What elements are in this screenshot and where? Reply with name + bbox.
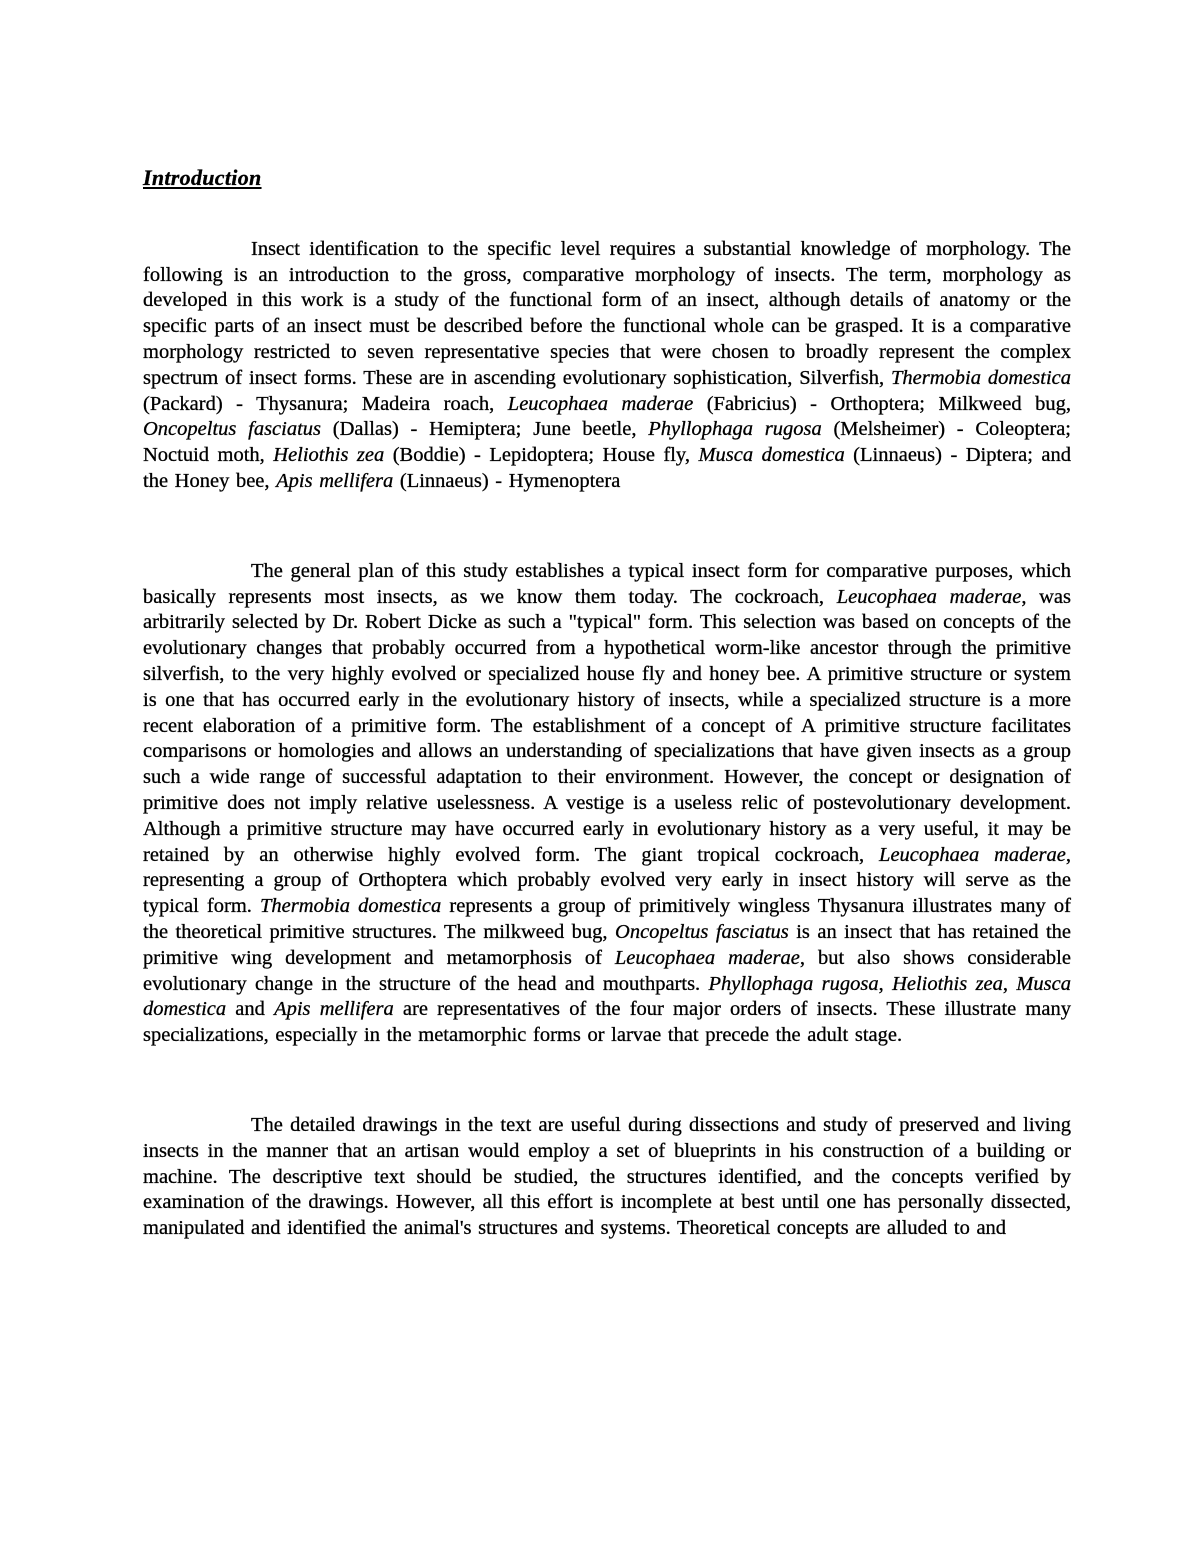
section-heading: Introduction	[143, 165, 1071, 191]
species-name-italic: Heliothis zea	[273, 444, 384, 466]
body-text-run: (Boddie) - Lepidoptera; House fly,	[384, 444, 698, 466]
document-body: Introduction Insect identification to th…	[143, 165, 1071, 1242]
paragraph-species-overview: Insect identification to the specific le…	[143, 237, 1071, 495]
document-page: Introduction Insect identification to th…	[0, 0, 1200, 1553]
paragraph-general-plan: The general plan of this study establish…	[143, 559, 1071, 1049]
body-text-run: , was arbitrarily selected by Dr. Robert…	[143, 586, 1071, 866]
species-name-italic: Leucophaea maderae	[508, 393, 693, 415]
body-text-run: and	[226, 998, 274, 1020]
body-text-run: ,	[879, 973, 892, 995]
species-name-italic: Heliothis zea	[892, 973, 1003, 995]
paragraph-detailed-drawings: The detailed drawings in the text are us…	[143, 1113, 1071, 1242]
species-name-italic: Leucophaea maderae	[615, 947, 800, 969]
species-name-italic: Thermobia domestica	[260, 895, 441, 917]
species-name-italic: Leucophaea maderae	[879, 844, 1066, 866]
species-name-italic: Phyllophaga rugosa	[709, 973, 879, 995]
body-text-run: (Fabricius) - Orthoptera; Milkweed bug,	[693, 393, 1071, 415]
species-name-italic: Oncopeltus fasciatus	[143, 418, 321, 440]
species-name-italic: Musca domestica	[698, 444, 844, 466]
species-name-italic: Thermobia domestica	[891, 367, 1071, 389]
species-name-italic: Leucophaea maderae	[837, 586, 1022, 608]
body-text-run: (Dallas) - Hemiptera; June beetle,	[321, 418, 648, 440]
body-text-run: The detailed drawings in the text are us…	[143, 1114, 1071, 1239]
species-name-italic: Apis mellifera	[276, 470, 393, 492]
body-text-run: (Linnaeus) - Hymenoptera	[393, 470, 620, 492]
body-text-run: ,	[1003, 973, 1016, 995]
species-name-italic: Phyllophaga rugosa	[648, 418, 821, 440]
species-name-italic: Apis mellifera	[274, 998, 394, 1020]
species-name-italic: Oncopeltus fasciatus	[615, 921, 789, 943]
body-text-run: (Packard) - Thysanura; Madeira roach,	[143, 393, 508, 415]
